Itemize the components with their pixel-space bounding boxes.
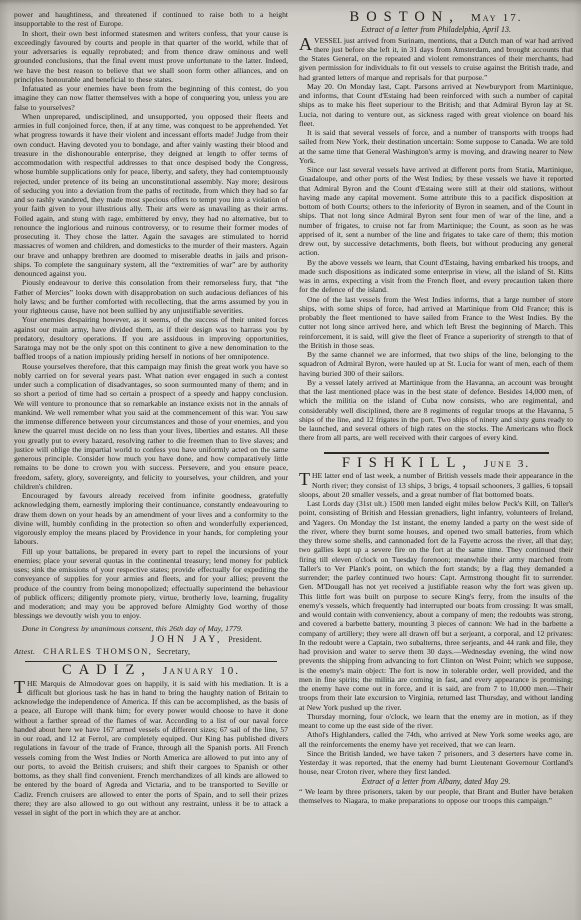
boston-paragraph: One of the last vessels from the West In…: [299, 295, 573, 351]
boston-section: BOSTON, May 17. Extract of a letter from…: [299, 13, 573, 443]
boston-paragraph: Since our last several vessels have arri…: [299, 165, 573, 258]
boston-paragraph: By the above vessels we learn, that Coun…: [299, 258, 573, 295]
cadiz-city-name: CADIZ,: [62, 662, 152, 678]
boston-paragraph-text: VESSEL just arrived from Surinam, mentio…: [299, 36, 573, 82]
attest-line: Attest. CHARLES THOMSON, Secretary,: [14, 647, 288, 656]
fishkill-paragraph: Last Lords day (31st ult.) 1500 men land…: [299, 499, 573, 712]
boston-paragraph: It is said that several vessels of force…: [299, 128, 573, 165]
fishkill-paragraph: Since the British landed, we have taken …: [299, 749, 573, 777]
fishkill-divider-rule: [324, 452, 549, 455]
drop-cap-letter: T: [14, 679, 27, 695]
boston-paragraph: By a vessel lately arrived at Martinique…: [299, 378, 573, 443]
boston-city-name: BOSTON,: [350, 9, 460, 25]
boston-letter-subhead: Extract of a letter from Philadelphia, A…: [299, 25, 573, 34]
fishkill-date: June 3.: [484, 458, 530, 470]
left-column: power and haughtiness, and threatened if…: [14, 10, 288, 920]
boston-paragraph: AVESSEL just arrived from Surinam, menti…: [299, 36, 573, 82]
address-paragraph: Encouraged by favours already received f…: [14, 491, 288, 547]
attest-label: Attest.: [14, 647, 35, 656]
newspaper-page: power and haughtiness, and threatened if…: [14, 10, 573, 920]
fishkill-paragraph: THE latter end of last week, a number of…: [299, 471, 573, 499]
signature-line: JOHN JAY, President.: [14, 635, 288, 645]
fishkill-paragraph: Thursday morning, four o'clock, we learn…: [299, 712, 573, 731]
attest-name: CHARLES THOMSON,: [43, 646, 152, 656]
cadiz-heading: CADIZ, January 10.: [14, 666, 288, 676]
signer-name: JOHN JAY,: [151, 635, 223, 645]
boston-date: May 17.: [471, 12, 523, 24]
drop-cap-letter: A: [299, 36, 314, 52]
boston-paragraph: May 20. On Monday last, Capt. Parsons ar…: [299, 82, 573, 128]
right-column: BOSTON, May 17. Extract of a letter from…: [299, 10, 573, 920]
drop-cap-letter: T: [299, 471, 312, 487]
fishkill-heading: FISHKILL, June 3.: [299, 459, 573, 469]
address-paragraph: Rouse yourselves therefore, that this ca…: [14, 362, 288, 492]
cadiz-paragraph: THE Marquis de Almodovar goes on happily…: [14, 679, 288, 818]
albany-letter-body: “ We learn by three prisoners, taken by …: [299, 787, 573, 806]
boston-heading: BOSTON, May 17.: [299, 13, 573, 23]
signer-title: President.: [228, 635, 262, 644]
cadiz-paragraph-text: HE Marquis de Almodovar goes on happily,…: [14, 679, 288, 818]
address-paragraph: power and haughtiness, and threatened if…: [14, 10, 288, 29]
address-paragraph: Your enemies despairing however, as it s…: [14, 315, 288, 361]
fishkill-city-name: FISHKILL,: [342, 455, 473, 471]
cadiz-section: CADIZ, January 10. THE Marquis de Almodo…: [14, 666, 288, 817]
cadiz-date: January 10.: [163, 665, 240, 677]
address-paragraph: Infatuated as your enemies have been fro…: [14, 84, 288, 112]
albany-letter-subhead: Extract of a letter from Albany, dated M…: [299, 777, 573, 786]
fishkill-paragraph: Athol's Highlanders, called the 74th, wh…: [299, 730, 573, 749]
congress-address-section: power and haughtiness, and threatened if…: [14, 10, 288, 656]
boston-paragraph: By the same channel we are informed, tha…: [299, 350, 573, 378]
address-paragraph: In short, their own best informed states…: [14, 29, 288, 85]
address-paragraph: Fill up your battalions, be prepared in …: [14, 547, 288, 621]
fishkill-section: FISHKILL, June 3. THE latter end of last…: [299, 459, 573, 805]
address-paragraph: Piously endeavour to derive this consola…: [14, 278, 288, 315]
fishkill-paragraph-text: HE latter end of last week, a number of …: [299, 471, 573, 499]
attest-title: Secretary,: [156, 647, 190, 656]
address-paragraph: When unprepared, undisciplined, and unsu…: [14, 112, 288, 279]
congress-dateline: Done in Congress by unanimous consent, t…: [14, 624, 288, 633]
